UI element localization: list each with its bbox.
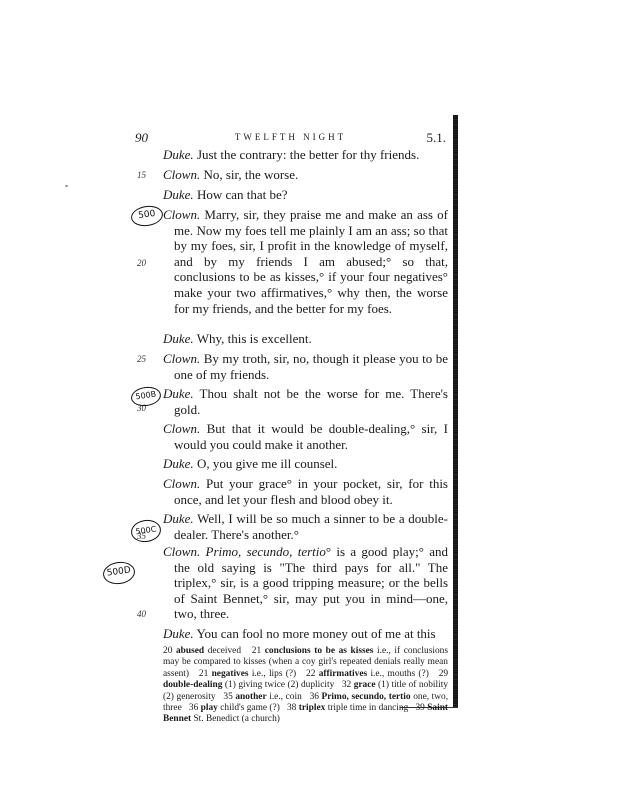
binding-edge-shadow (453, 115, 458, 708)
speech: Duke. How can that be? (163, 187, 448, 203)
footnote: 22 affirmatives i.e., mouths (?) (306, 669, 429, 679)
speech-text: Why, this is excellent. (194, 331, 312, 346)
handwritten-annotation: 500C (130, 518, 163, 544)
speech: Duke. O, you give me ill counsel. (163, 456, 448, 472)
footnote: 36 play child's game (?) (189, 703, 280, 713)
speech: Clown. Put your grace° in your pocket, s… (163, 476, 448, 507)
line-number: 25 (137, 354, 146, 364)
speech-text: Well, I will be so much a sinner to be a… (174, 511, 448, 542)
speech: Duke. Why, this is excellent. (163, 331, 448, 347)
speech: Duke. Well, I will be so much a sinner t… (163, 511, 448, 542)
speech-text: No, sir, the worse. (200, 167, 298, 182)
speech: Duke. Thou shalt not be the worse for me… (163, 386, 448, 417)
speaker: Duke. (163, 331, 194, 346)
speech-text: You can fool no more money out of me at … (194, 626, 436, 641)
act-scene: 5.1. (427, 130, 447, 146)
handwritten-annotation: 500D (102, 560, 137, 586)
speech: Clown. Primo, secundo, tertio° is a good… (163, 544, 448, 622)
speech: Clown. By my troth, sir, no, though it p… (163, 351, 448, 382)
speech-text: Thou shalt not be the worse for me. Ther… (174, 386, 448, 417)
speech: Duke. You can fool no more money out of … (163, 626, 448, 642)
speech-text: O, you give me ill counsel. (194, 456, 338, 471)
speech-text: But that it would be double-dealing,° si… (174, 421, 448, 452)
scanned-page: 90 TWELFTH NIGHT 5.1. Duke. Just the con… (0, 0, 617, 800)
speaker: Clown. (163, 351, 200, 366)
speech-text: How can that be? (194, 187, 288, 202)
scan-speck (65, 185, 68, 187)
footnote: 35 another i.e., coin (223, 692, 301, 702)
line-number: 20 (137, 258, 146, 268)
handwritten-annotation: 500 (130, 204, 164, 228)
play-title: TWELFTH NIGHT (133, 132, 448, 142)
speech: Clown. But that it would be double-deali… (163, 421, 448, 452)
speech-text: Just the contrary: the better for thy fr… (194, 147, 420, 162)
speaker: Duke. (163, 147, 194, 162)
footnote: 38 triplex triple time in dancing (287, 703, 408, 713)
speech-text: Marry, sir, they praise me and make an a… (174, 207, 448, 316)
speech: Clown. Marry, sir, they praise me and ma… (163, 207, 448, 316)
footnote: 21 negatives i.e., lips (?) (199, 669, 296, 679)
speech-text: By my troth, sir, no, though it please y… (174, 351, 448, 382)
speaker: Clown. (163, 207, 200, 222)
running-header: 90 TWELFTH NIGHT 5.1. (133, 130, 448, 146)
speaker: Clown. (163, 167, 200, 182)
handwritten-annotation: 500B (130, 385, 162, 408)
speaker: Duke. (163, 626, 194, 641)
speaker: Duke. (163, 386, 194, 401)
speaker: Clown. (163, 421, 200, 436)
line-number: 40 (137, 609, 146, 619)
speech: Duke. Just the contrary: the better for … (163, 147, 448, 163)
speech: Clown. No, sir, the worse. (163, 167, 448, 183)
footnotes: 20 abused deceived 21 conclusions to be … (163, 646, 448, 726)
speaker: Duke. (163, 511, 194, 526)
speaker: Clown. (163, 544, 200, 559)
speaker: Duke. (163, 187, 194, 202)
speaker: Clown. (163, 476, 200, 491)
speech-text: Put your grace° in your pocket, sir, for… (174, 476, 448, 507)
footnote: 20 abused deceived (163, 646, 241, 656)
speaker: Duke. (163, 456, 194, 471)
line-number: 15 (137, 170, 146, 180)
latin-phrase: Primo, secundo, tertio (200, 544, 326, 559)
